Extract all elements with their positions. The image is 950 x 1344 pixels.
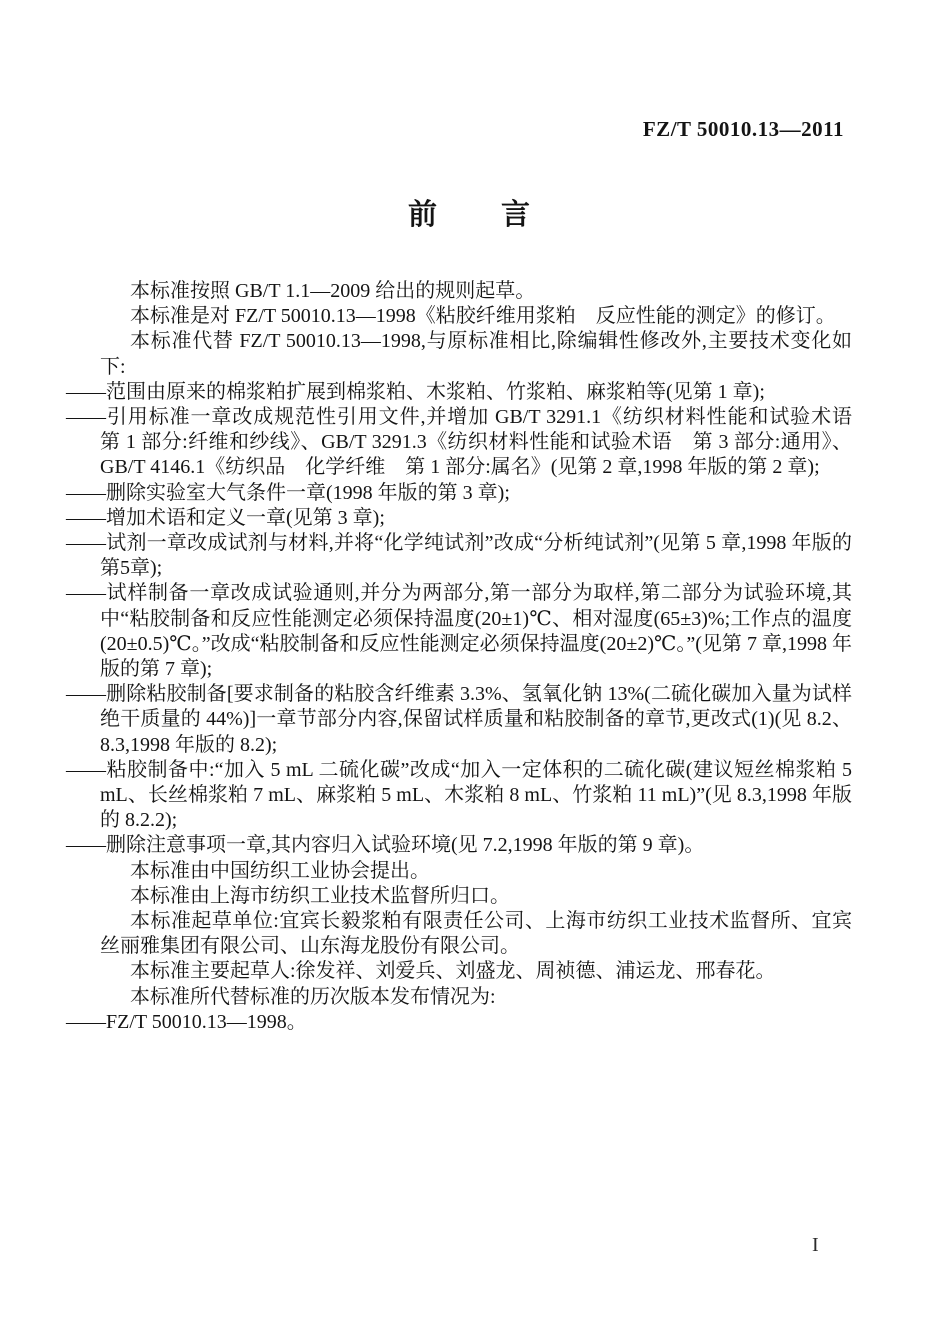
foreword-change-item: ——试剂一章改成试剂与材料,并将“化学纯试剂”改成“分析纯试剂”(见第 5 章,… bbox=[100, 531, 852, 581]
foreword-change-item: ——引用标准一章改成规范性引用文件,并增加 GB/T 3291.1《纺织材料性能… bbox=[100, 405, 852, 481]
foreword-change-item: ——删除粘胶制备[要求制备的粘胶含纤维素 3.3%、氢氧化钠 13%(二硫化碳加… bbox=[100, 682, 852, 758]
foreword-paragraph: 本标准是对 FZ/T 50010.13—1998《粘胶纤维用浆粕 反应性能的测定… bbox=[100, 304, 852, 329]
page-number: I bbox=[812, 1234, 819, 1257]
foreword-paragraph: 本标准由上海市纺织工业技术监督所归口。 bbox=[100, 884, 852, 909]
foreword-paragraph: 本标准所代替标准的历次版本发布情况为: bbox=[100, 985, 852, 1010]
foreword-body: 本标准按照 GB/T 1.1—2009 给出的规则起草。 本标准是对 FZ/T … bbox=[100, 279, 852, 1035]
foreword-paragraph: 本标准由中国纺织工业协会提出。 bbox=[100, 859, 852, 884]
foreword-previous-edition-item: ——FZ/T 50010.13—1998。 bbox=[100, 1010, 852, 1035]
foreword-paragraph: 本标准起草单位:宜宾长毅浆粕有限责任公司、上海市纺织工业技术监督所、宜宾丝丽雅集… bbox=[100, 909, 852, 959]
foreword-paragraph: 本标准主要起草人:徐发祥、刘爱兵、刘盛龙、周祯德、浦运龙、邢春花。 bbox=[100, 959, 852, 984]
foreword-title: 前 言 bbox=[0, 192, 940, 233]
foreword-change-item: ——增加术语和定义一章(见第 3 章); bbox=[100, 506, 852, 531]
standard-code-header: FZ/T 50010.13—2011 bbox=[643, 117, 844, 142]
foreword-change-item: ——删除实验室大气条件一章(1998 年版的第 3 章); bbox=[100, 481, 852, 506]
foreword-paragraph: 本标准代替 FZ/T 50010.13—1998,与原标准相比,除编辑性修改外,… bbox=[100, 329, 852, 379]
foreword-change-item: ——范围由原来的棉浆粕扩展到棉浆粕、木浆粕、竹浆粕、麻浆粕等(见第 1 章); bbox=[100, 380, 852, 405]
foreword-change-item: ——试样制备一章改成试验通则,并分为两部分,第一部分为取样,第二部分为试验环境,… bbox=[100, 581, 852, 682]
foreword-change-item: ——粘胶制备中:“加入 5 mL 二硫化碳”改成“加入一定体积的二硫化碳(建议短… bbox=[100, 758, 852, 834]
foreword-paragraph: 本标准按照 GB/T 1.1—2009 给出的规则起草。 bbox=[100, 279, 852, 304]
document-page: FZ/T 50010.13—2011 前 言 本标准按照 GB/T 1.1—20… bbox=[0, 0, 950, 1344]
foreword-change-item: ——删除注意事项一章,其内容归入试验环境(见 7.2,1998 年版的第 9 章… bbox=[100, 833, 852, 858]
